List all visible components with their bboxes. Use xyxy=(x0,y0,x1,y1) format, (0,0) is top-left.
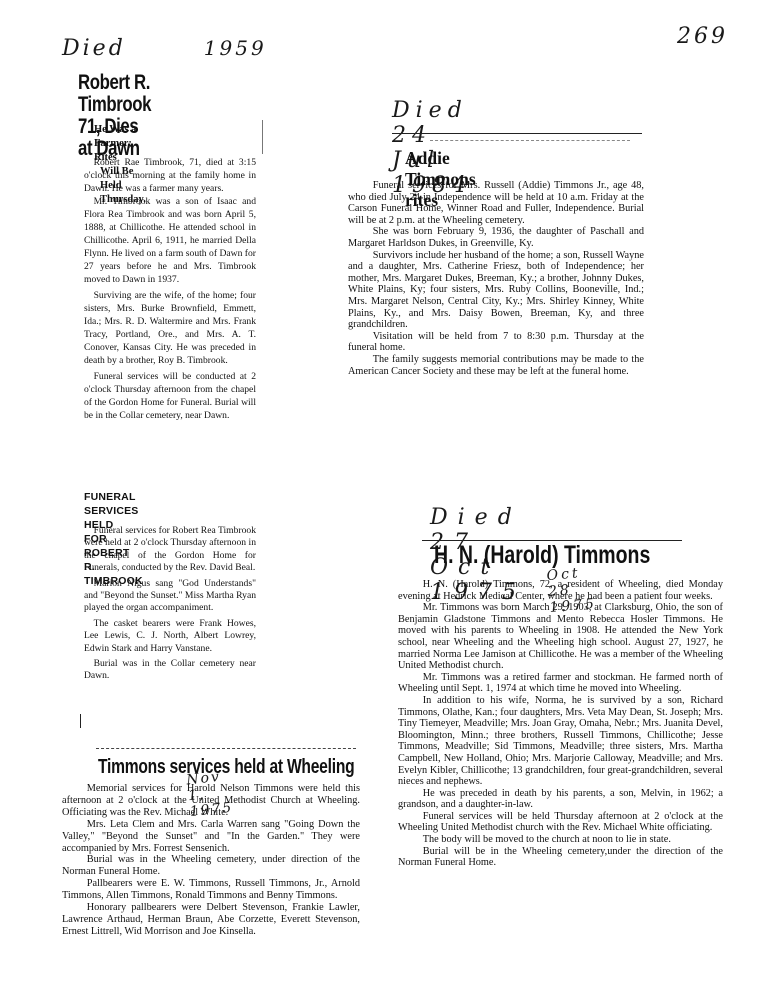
paragraph: Pallbearers were E. W. Timmons, Russell … xyxy=(62,878,360,902)
paragraph: In addition to his wife, Norma, he is su… xyxy=(398,695,723,788)
paragraph: Burial will be in the Wheeling cemetery,… xyxy=(398,846,723,869)
paragraph: Burial was in the Collar cemetery near D… xyxy=(84,658,256,683)
headline-line: Robert R. Timbrook xyxy=(78,72,151,116)
paragraph: She was born February 9, 1936, the daugh… xyxy=(348,226,644,249)
paragraph: Honorary pallbearers were Delbert Steven… xyxy=(62,902,360,938)
paragraph: Funeral services will be held Thursday a… xyxy=(398,811,723,834)
article-body: Robert Rae Timbrook, 71, died at 3:15 o'… xyxy=(84,156,256,422)
paragraph: Funeral services for Mrs. Russell (Addie… xyxy=(348,180,644,226)
paragraph: Visitation will be held from 7 to 8:30 p… xyxy=(348,331,644,354)
paragraph: The family suggests memorial contributio… xyxy=(348,354,644,377)
paragraph: Mr. Timbrook was a son of Isaac and Flor… xyxy=(84,195,256,286)
handwritten-underline xyxy=(392,133,642,134)
paragraph: Mr. Timmons was a retired farmer and sto… xyxy=(398,672,723,695)
column-rule xyxy=(262,120,264,154)
paragraph: Funeral services for Robert Rea Timbrook… xyxy=(84,525,256,575)
paragraph: H. N. (Harold) Timmons, 72, a resident o… xyxy=(398,579,723,602)
paragraph: Memorial services for Harold Nelson Timm… xyxy=(62,783,360,819)
paragraph: The body will be moved to the church at … xyxy=(398,834,723,846)
paragraph: Mrs. Leta Clem and Mrs. Carla Warren san… xyxy=(62,819,360,855)
paragraph: He was preceded in death by his parents,… xyxy=(398,788,723,811)
article-body-followup: Funeral services for Robert Rea Timbrook… xyxy=(84,525,256,686)
handwritten-year: 1959 xyxy=(204,36,267,60)
paragraph: Surviving are the wife, of the home; fou… xyxy=(84,289,256,367)
divider xyxy=(96,748,356,749)
article-body: Funeral services for Mrs. Russell (Addie… xyxy=(348,180,644,377)
article-body: Memorial services for Harold Nelson Timm… xyxy=(62,783,360,938)
page-number: 269 xyxy=(677,24,728,49)
paragraph: Burial was in the Wheeling cemetery, und… xyxy=(62,854,360,878)
paragraph: The casket bearers were Frank Howes, Lee… xyxy=(84,618,256,655)
clip-edge-mark xyxy=(80,714,81,728)
paragraph: Marion Nigus sang "God Understands" and … xyxy=(84,578,256,615)
handwritten-died: Died xyxy=(62,36,126,61)
headline: H. N. (Harold) Timmons xyxy=(434,541,650,570)
paragraph: Funeral services will be conducted at 2 … xyxy=(84,370,256,422)
paragraph: Mr. Timmons was born March 29, 1903, at … xyxy=(398,602,723,672)
article-body: H. N. (Harold) Timmons, 72, a resident o… xyxy=(398,579,723,869)
divider xyxy=(430,140,630,141)
handwritten-note: Died1959 xyxy=(62,36,267,61)
paragraph: Survivors include her husband of the hom… xyxy=(348,250,644,331)
paragraph: Robert Rae Timbrook, 71, died at 3:15 o'… xyxy=(84,156,256,195)
